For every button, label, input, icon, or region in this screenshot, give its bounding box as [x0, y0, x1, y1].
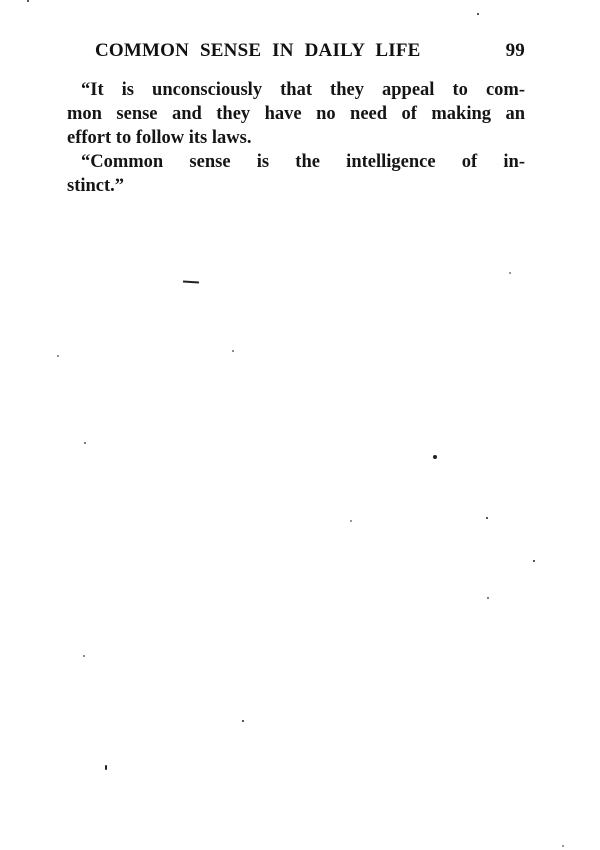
- scan-speck: [562, 845, 564, 847]
- text-line: “It is unconsciously that they appeal to…: [67, 78, 525, 102]
- page-number: 99: [506, 40, 525, 62]
- paragraph-2: “Common sense is the intelligence of in-…: [67, 150, 525, 198]
- scan-speck: [57, 355, 59, 357]
- running-head: COMMON SENSE IN DAILY LIFE 99: [95, 40, 525, 62]
- scan-speck: [509, 272, 511, 274]
- scan-speck: [533, 560, 535, 562]
- text-line: stinct.”: [67, 174, 525, 198]
- paragraph-1: “It is unconsciously that they appeal to…: [67, 78, 525, 150]
- body-text: “It is unconsciously that they appeal to…: [67, 78, 525, 198]
- scan-speck: [433, 455, 437, 459]
- scan-speck: [27, 0, 29, 2]
- scan-speck: [487, 597, 489, 599]
- text-line: mon sense and they have no need of makin…: [67, 102, 525, 126]
- scan-speck: [232, 350, 234, 352]
- scan-speck: [477, 13, 479, 15]
- scan-artifact-dash: [183, 280, 199, 283]
- text-line: effort to follow its laws.: [67, 126, 525, 150]
- scan-speck: [83, 655, 85, 657]
- book-page: COMMON SENSE IN DAILY LIFE 99 “It is unc…: [0, 0, 600, 850]
- running-head-title: COMMON SENSE IN DAILY LIFE: [95, 40, 421, 62]
- text-line: “Common sense is the intelligence of in-: [67, 150, 525, 174]
- scan-speck: [350, 520, 352, 522]
- scan-speck: [84, 442, 86, 444]
- scan-speck: [242, 720, 244, 722]
- scan-speck: [105, 765, 107, 770]
- scan-speck: [486, 517, 488, 519]
